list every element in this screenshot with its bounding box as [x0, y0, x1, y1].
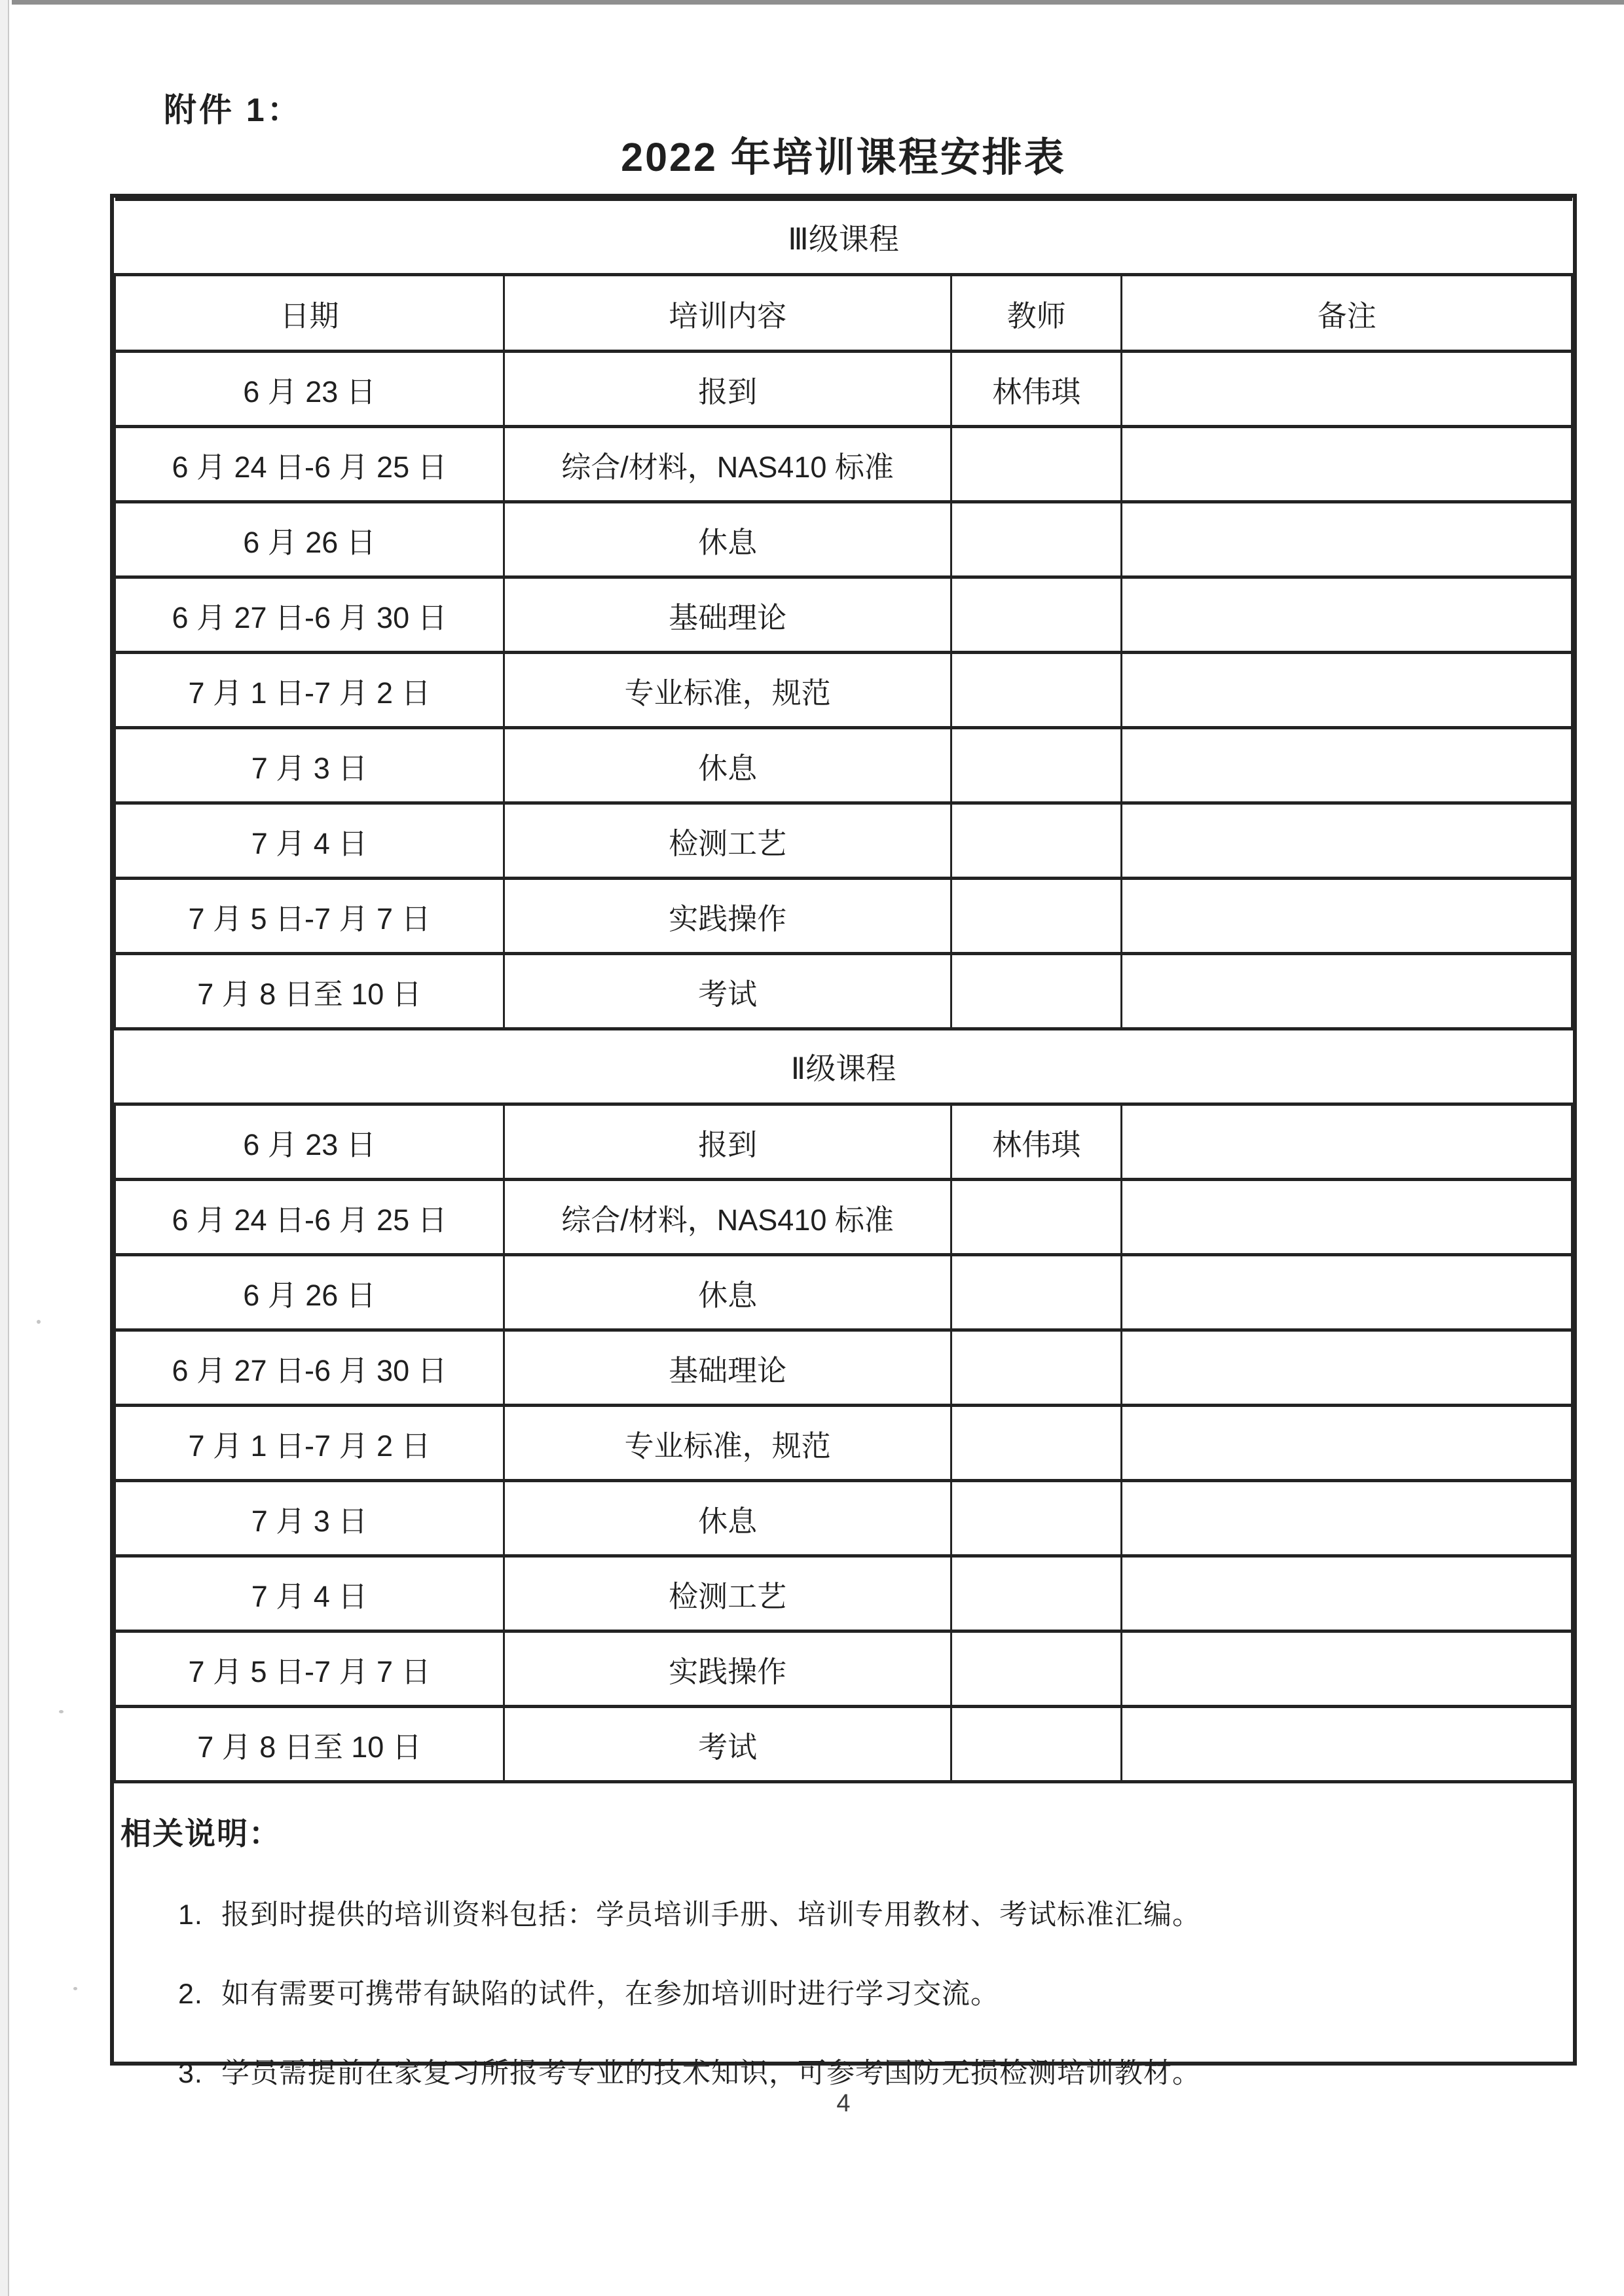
teacher-cell	[951, 1255, 1122, 1330]
date-cell: 6 月 23 日	[115, 1104, 504, 1180]
table-row: 6 月 24 日-6 月 25 日 综合/材料，NAS410 标准	[115, 427, 1572, 502]
schedule-sheet: Ⅲ级课程 日期 培训内容 教师 备注 6 月 23 日 报到 林伟琪 6 月 2…	[110, 194, 1577, 2066]
remark-cell	[1122, 1406, 1572, 1481]
note-text: 学员需提前在家复习所报考专业的技术知识，可参考国防无损检测培训教材。	[221, 2058, 1201, 2089]
remark-cell	[1122, 577, 1572, 653]
column-header-date: 日期	[115, 275, 504, 352]
table-row: 7 月 3 日 休息	[115, 728, 1572, 803]
note-item: 2.如有需要可携带有缺陷的试件，在参加培训时进行学习交流。	[120, 1972, 1553, 2012]
table-row: 7 月 1 日-7 月 2 日 专业标准，规范	[115, 653, 1572, 728]
remark-cell	[1122, 502, 1572, 577]
table-row: 7 月 8 日至 10 日 考试	[115, 1707, 1572, 1782]
teacher-cell	[951, 1180, 1122, 1255]
remark-cell	[1122, 1330, 1572, 1406]
teacher-cell: 林伟琪	[951, 352, 1122, 427]
content-cell: 休息	[504, 1255, 951, 1330]
scan-speck-artifact	[37, 1320, 41, 1324]
content-cell: 检测工艺	[504, 1556, 951, 1631]
date-cell: 6 月 23 日	[115, 352, 504, 427]
page-title: 2022 年培训课程安排表	[110, 126, 1577, 183]
remark-cell	[1122, 879, 1572, 954]
date-cell: 6 月 27 日-6 月 30 日	[115, 1330, 504, 1406]
teacher-cell	[951, 803, 1122, 879]
teacher-cell	[951, 653, 1122, 728]
teacher-cell	[951, 954, 1122, 1029]
date-cell: 6 月 26 日	[115, 502, 504, 577]
content-cell: 休息	[504, 502, 951, 577]
table-row: 7 月 4 日 检测工艺	[115, 1556, 1572, 1631]
teacher-cell	[951, 879, 1122, 954]
section-header-row-level2: Ⅱ级课程	[115, 1029, 1572, 1104]
teacher-cell	[951, 427, 1122, 502]
table-row: 6 月 26 日 休息	[115, 1255, 1572, 1330]
scan-edge-top-artifact	[12, 0, 1624, 5]
column-header-row: 日期 培训内容 教师 备注	[115, 275, 1572, 352]
remark-cell	[1122, 728, 1572, 803]
table-row: 6 月 27 日-6 月 30 日 基础理论	[115, 577, 1572, 653]
content-cell: 基础理论	[504, 1330, 951, 1406]
content-cell: 综合/材料，NAS410 标准	[504, 427, 951, 502]
page-number: 4	[110, 2090, 1577, 2118]
table-row: 6 月 24 日-6 月 25 日 综合/材料，NAS410 标准	[115, 1180, 1572, 1255]
date-cell: 7 月 5 日-7 月 7 日	[115, 879, 504, 954]
remark-cell	[1122, 954, 1572, 1029]
content-cell: 实践操作	[504, 1631, 951, 1707]
date-cell: 7 月 4 日	[115, 803, 504, 879]
remark-cell	[1122, 1707, 1572, 1782]
content-cell: 实践操作	[504, 879, 951, 954]
content-cell: 休息	[504, 1481, 951, 1556]
table-row: 6 月 27 日-6 月 30 日 基础理论	[115, 1330, 1572, 1406]
column-header-content: 培训内容	[504, 275, 951, 352]
note-item: 3.学员需提前在家复习所报考专业的技术知识，可参考国防无损检测培训教材。	[120, 2051, 1553, 2091]
date-cell: 7 月 3 日	[115, 1481, 504, 1556]
date-cell: 7 月 1 日-7 月 2 日	[115, 653, 504, 728]
date-cell: 7 月 8 日至 10 日	[115, 954, 504, 1029]
date-cell: 6 月 24 日-6 月 25 日	[115, 427, 504, 502]
section-title-level2: Ⅱ级课程	[115, 1029, 1572, 1104]
teacher-cell	[951, 1481, 1122, 1556]
section-header-row-level3: Ⅲ级课程	[115, 200, 1572, 275]
content-cell: 综合/材料，NAS410 标准	[504, 1180, 951, 1255]
table-row: 6 月 23 日 报到 林伟琪	[115, 352, 1572, 427]
teacher-cell	[951, 1707, 1122, 1782]
table-row: 6 月 26 日 休息	[115, 502, 1572, 577]
table-row: 7 月 5 日-7 月 7 日 实践操作	[115, 879, 1572, 954]
teacher-cell	[951, 1631, 1122, 1707]
note-number: 1.	[178, 1899, 204, 1931]
table-row: 7 月 1 日-7 月 2 日 专业标准，规范	[115, 1406, 1572, 1481]
note-text: 报到时提供的培训资料包括：学员培训手册、培训专用教材、考试标准汇编。	[221, 1899, 1201, 1931]
teacher-cell	[951, 1406, 1122, 1481]
content-cell: 检测工艺	[504, 803, 951, 879]
remark-cell	[1122, 1255, 1572, 1330]
remark-cell	[1122, 427, 1572, 502]
table-row: 7 月 5 日-7 月 7 日 实践操作	[115, 1631, 1572, 1707]
content-cell: 基础理论	[504, 577, 951, 653]
content-cell: 考试	[504, 954, 951, 1029]
teacher-cell	[951, 502, 1122, 577]
note-number: 2.	[178, 1978, 204, 2011]
note-number: 3.	[178, 2058, 204, 2090]
remark-cell	[1122, 1556, 1572, 1631]
teacher-cell	[951, 1556, 1122, 1631]
date-cell: 7 月 8 日至 10 日	[115, 1707, 504, 1782]
date-cell: 6 月 24 日-6 月 25 日	[115, 1180, 504, 1255]
content-cell: 报到	[504, 352, 951, 427]
table-row: 7 月 8 日至 10 日 考试	[115, 954, 1572, 1029]
remark-cell	[1122, 1481, 1572, 1556]
note-text: 如有需要可携带有缺陷的试件，在参加培训时进行学习交流。	[221, 1978, 999, 2010]
teacher-cell	[951, 577, 1122, 653]
date-cell: 7 月 3 日	[115, 728, 504, 803]
remark-cell	[1122, 803, 1572, 879]
scan-speck-artifact	[73, 1987, 77, 1990]
date-cell: 6 月 26 日	[115, 1255, 504, 1330]
scan-edge-left-artifact	[0, 0, 9, 2296]
remark-cell	[1122, 352, 1572, 427]
attachment-label: 附件 1：	[164, 84, 303, 131]
teacher-cell: 林伟琪	[951, 1104, 1122, 1180]
section-title-level3: Ⅲ级课程	[115, 200, 1572, 275]
remark-cell	[1122, 1104, 1572, 1180]
column-header-remark: 备注	[1122, 275, 1572, 352]
table-row: 6 月 23 日 报到 林伟琪	[115, 1104, 1572, 1180]
notes-heading: 相关说明：	[120, 1810, 1553, 1853]
scan-speck-artifact	[59, 1710, 64, 1713]
date-cell: 7 月 1 日-7 月 2 日	[115, 1406, 504, 1481]
content-cell: 考试	[504, 1707, 951, 1782]
content-cell: 专业标准，规范	[504, 653, 951, 728]
date-cell: 7 月 5 日-7 月 7 日	[115, 1631, 504, 1707]
notes-section: 相关说明： 1.报到时提供的培训资料包括：学员培训手册、培训专用教材、考试标准汇…	[114, 1783, 1573, 2062]
remark-cell	[1122, 1180, 1572, 1255]
note-item: 1.报到时提供的培训资料包括：学员培训手册、培训专用教材、考试标准汇编。	[120, 1893, 1553, 1933]
content-cell: 休息	[504, 728, 951, 803]
content-cell: 报到	[504, 1104, 951, 1180]
column-header-teacher: 教师	[951, 275, 1122, 352]
date-cell: 6 月 27 日-6 月 30 日	[115, 577, 504, 653]
date-cell: 7 月 4 日	[115, 1556, 504, 1631]
content-cell: 专业标准，规范	[504, 1406, 951, 1481]
remark-cell	[1122, 1631, 1572, 1707]
remark-cell	[1122, 653, 1572, 728]
document-page: 附件 1： 2022 年培训课程安排表 Ⅲ级课程 日期 培训内容 教师 备注 6…	[0, 0, 1624, 2296]
schedule-table: Ⅲ级课程 日期 培训内容 教师 备注 6 月 23 日 报到 林伟琪 6 月 2…	[114, 198, 1573, 1783]
table-row: 7 月 4 日 检测工艺	[115, 803, 1572, 879]
teacher-cell	[951, 1330, 1122, 1406]
table-row: 7 月 3 日 休息	[115, 1481, 1572, 1556]
teacher-cell	[951, 728, 1122, 803]
